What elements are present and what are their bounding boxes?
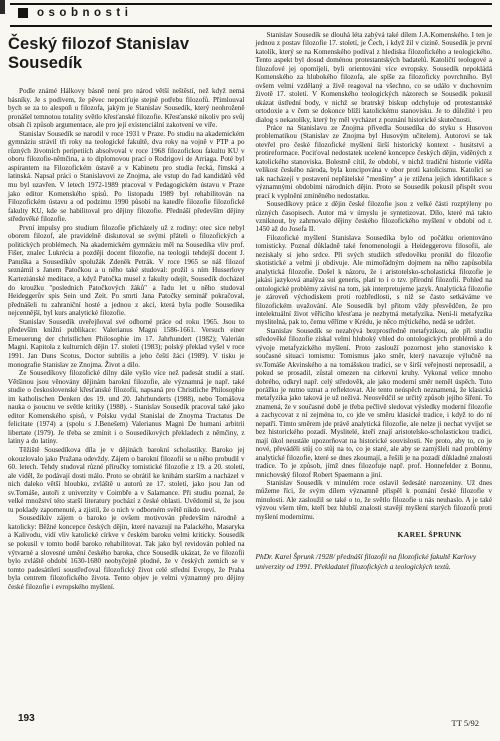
paragraph: Stanislav Sousedík se dlouhá léta zabývá… <box>256 31 493 124</box>
paragraph: Podle známé Hálkovy básně není pro národ… <box>8 87 245 130</box>
paragraph: Stanislav Sousedík uveřejňoval své odbor… <box>8 318 245 369</box>
paragraph: Práce na Stanislavu ze Znojma přivedla S… <box>256 124 493 200</box>
article-title: Český filozof Stanislav Sousedík <box>8 35 245 73</box>
issue-label: TT 5/92 <box>452 718 479 728</box>
paragraph: První impulsy pro studium filozofie přic… <box>8 224 245 318</box>
paragraph: Filozofické myšlení Stanislava Sousedíka… <box>256 234 493 327</box>
paragraph: Ze Sousedíkovy filozofické dílny dále vy… <box>8 369 245 446</box>
page-number: 193 <box>18 713 35 724</box>
scan-artifact <box>0 0 5 14</box>
paragraph: Těžiště Sousedíkova díla je v dějinách b… <box>8 446 245 514</box>
paragraph: Stanislav Sousedík se nezabývá bezprostř… <box>256 327 493 479</box>
author-signature: KAREL ŠPRUNK <box>256 530 463 539</box>
header-bottom-rule <box>10 25 492 27</box>
section-square-icon <box>18 8 28 18</box>
section-header: osobnosti <box>18 7 132 19</box>
author-bio: PhDr. Karel Šprunk /1928/ přednáší filoz… <box>256 552 479 571</box>
paragraph: Stanislav Sousedík v minulém roce oslavi… <box>256 479 493 521</box>
article-body: Český filozof Stanislav Sousedík Podle z… <box>8 31 492 591</box>
left-column: Český filozof Stanislav Sousedík Podle z… <box>8 31 245 591</box>
header-top-rule <box>10 3 492 5</box>
paragraph: Stanislav Sousedík se narodil v roce 193… <box>8 130 245 224</box>
magazine-page: osobnosti Český filozof Stanislav Soused… <box>0 0 500 741</box>
right-column: Stanislav Sousedík se dlouhá léta zabývá… <box>256 31 493 591</box>
paragraph: Sousedíkovy práce z dějin české filozofi… <box>256 200 493 234</box>
paragraph: Sousedíkův zájem o baroko je ovšem motiv… <box>8 514 245 591</box>
section-label: osobnosti <box>37 7 132 19</box>
